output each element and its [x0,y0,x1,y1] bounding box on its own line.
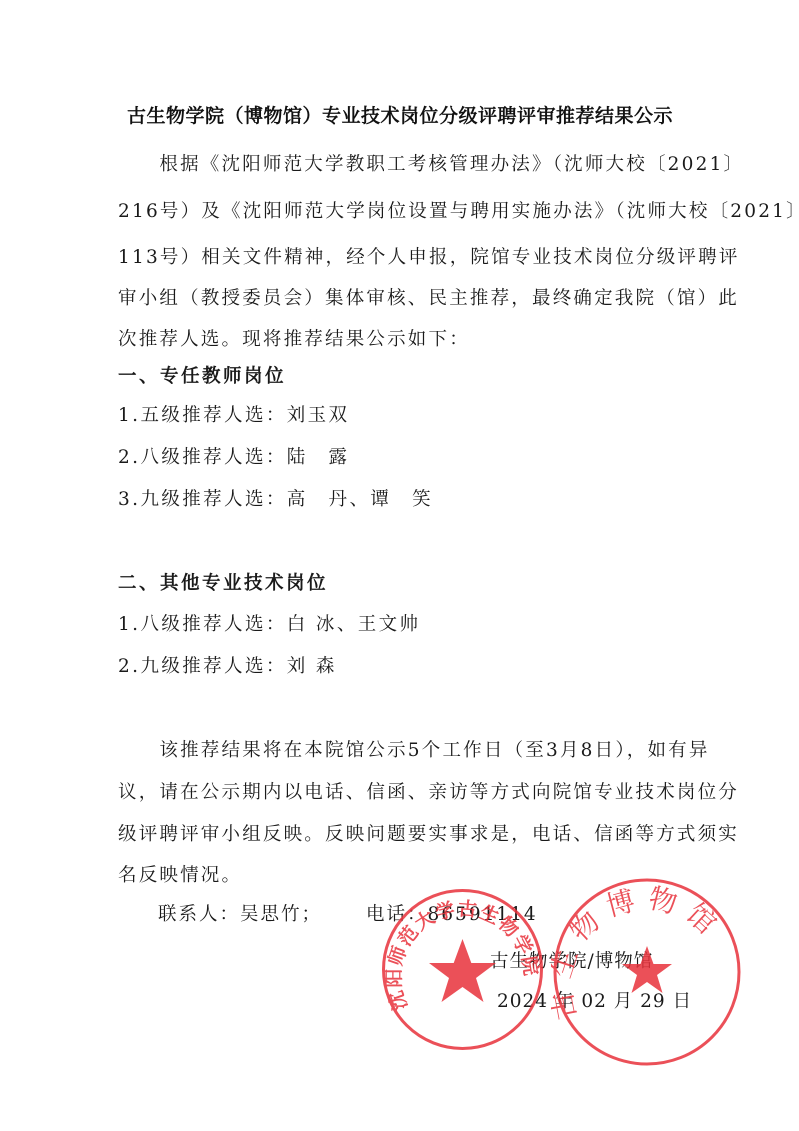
contact-phone: 电话：86591114 [366,904,538,925]
intro-line: 根据《沈阳师范大学教职工考核管理办法》（沈师大校〔2021〕 [118,150,744,176]
section-heading-teachers: 一、专任教师岗位 [118,362,286,388]
list-item: 1.八级推荐人选：白 冰、王文帅 [118,610,420,636]
signature-org: 古生物学院/博物馆 [490,947,653,973]
section-heading-other: 二、其他专业技术岗位 [118,569,328,595]
list-item: 2.八级推荐人选：陆 露 [118,443,349,469]
notice-line: 该推荐结果将在本院馆公示5个工作日（至3月8日），如有异 [118,736,710,762]
intro-line: 审小组（教授委员会）集体审核、民主推荐，最终确定我院（馆）此 [118,284,739,310]
list-item: 3.九级推荐人选：高 丹、谭 笑 [118,485,433,511]
contact-person: 联系人：吴思竹； [158,904,322,925]
intro-line: 次推荐人选。现将推荐结果公示如下： [118,325,470,351]
document-title: 古生物学院（博物馆）专业技术岗位分级评聘评审推荐结果公示 [100,101,700,128]
intro-line: 113号）相关文件精神，经个人申报，院馆专业技术岗位分级评聘评 [118,243,740,269]
star-icon [429,939,496,1002]
notice-line: 议，请在公示期内以电话、信函、亲访等方式向院馆专业技术岗位分 [118,778,739,804]
signature-date: 2024 年 02 月 29 日 [497,987,692,1013]
list-item: 2.九级推荐人选：刘 森 [118,652,337,678]
document-page: 古生物学院（博物馆）专业技术岗位分级评聘评审推荐结果公示 根据《沈阳师范大学教职… [0,0,799,1131]
notice-line: 名反映情况。 [118,861,242,887]
intro-line: 216号）及《沈阳师范大学岗位设置与聘用实施办法》（沈师大校〔2021〕 [118,197,799,223]
list-item: 1.五级推荐人选：刘玉双 [118,401,349,427]
contact-line: 联系人：吴思竹；电话：86591114 [158,900,538,926]
notice-line: 级评聘评审小组反映。反映问题要实事求是，电话、信函等方式须实 [118,820,739,846]
